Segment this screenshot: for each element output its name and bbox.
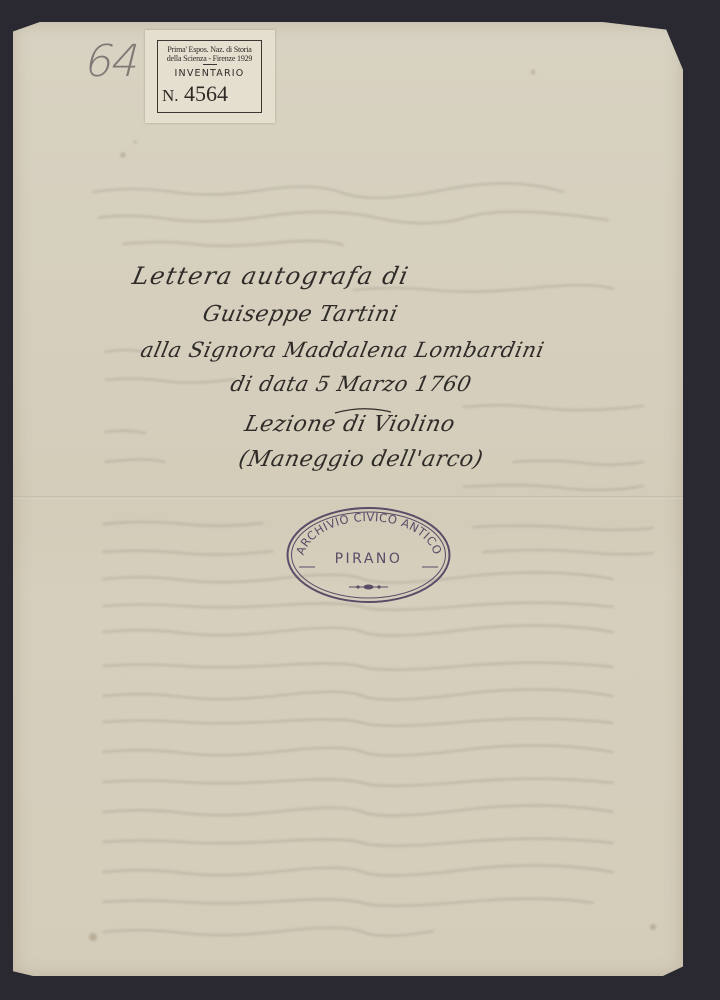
stamp-center-text: PIRANO <box>285 551 452 567</box>
archive-stamp: ARCHIVIO CIVICO ANTICO PIRANO <box>285 505 452 605</box>
title-line-2-author: Guiseppe Tartini <box>200 302 400 327</box>
bleed-through-writing <box>13 22 683 976</box>
svg-text:ARCHIVIO CIVICO ANTICO: ARCHIVIO CIVICO ANTICO <box>293 510 445 557</box>
title-line-1: Lettera autografa di <box>130 262 412 290</box>
exhibition-line-1: Prima' Espos. Naz. di Storia <box>158 45 261 54</box>
stamp-arc-text: ARCHIVIO CIVICO ANTICO <box>293 510 445 557</box>
title-line-5-subject: Lezione di Violino <box>242 412 457 437</box>
label-separator <box>203 64 217 65</box>
inventory-label-frame: Prima' Espos. Naz. di Storia della Scien… <box>157 40 262 113</box>
document-page: 64 Prima' Espos. Naz. di Storia della Sc… <box>13 22 683 976</box>
inventory-label: Prima' Espos. Naz. di Storia della Scien… <box>145 30 275 123</box>
inventory-heading: INVENTARIO <box>158 68 261 79</box>
title-line-3-recipient: alla Signora Maddalena Lombardini <box>138 338 546 362</box>
title-line-6-subtitle: (Maneggio dell'arco) <box>236 447 485 472</box>
inventory-number-value: 4564 <box>184 81 228 106</box>
exhibition-line-2: della Scienza - Firenze 1929 <box>158 54 261 63</box>
inventory-number-prefix: N. <box>162 86 179 105</box>
paper-fold-line <box>13 496 683 499</box>
inventory-number: N. 4564 <box>158 81 261 107</box>
title-line-4-date: di data 5 Marzo 1760 <box>228 372 473 396</box>
